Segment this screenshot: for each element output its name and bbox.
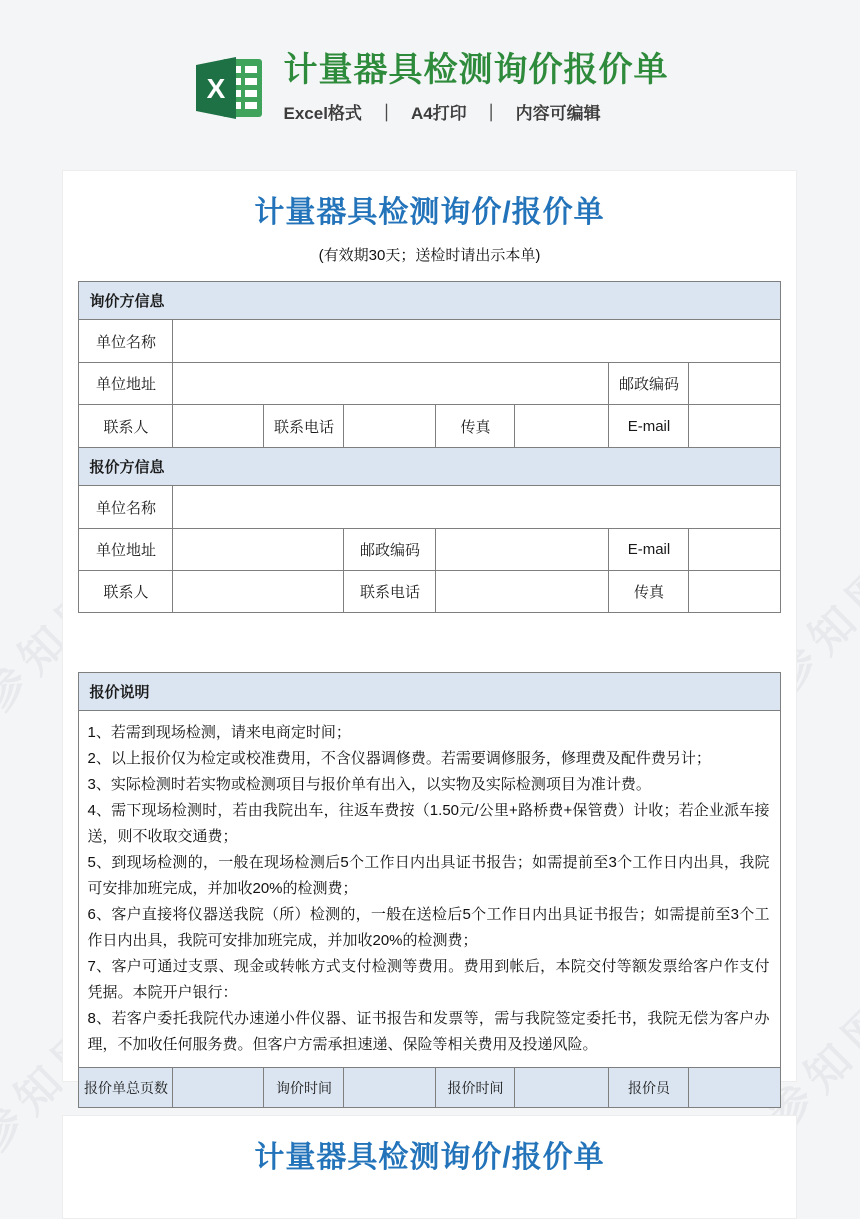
note-item-2: 2、以上报价仅为检定或校准费用，不含仪器调修费。若需要调修服务，修理费及配件费另… (87, 746, 769, 772)
notes-section-header: 报价说明 (79, 673, 780, 711)
inquiry-time-label: 询价时间 (264, 1068, 344, 1108)
subtitle-separator: ｜ (378, 99, 395, 124)
quote-phone-value-cell[interactable] (436, 571, 609, 613)
inquiry-fax-value-cell[interactable] (515, 405, 609, 448)
subtitle-editable: 内容可编辑 (516, 99, 601, 124)
doc2-title: 计量器具检测询价/报价单 (63, 1132, 796, 1176)
inquiry-unit-name-value-cell[interactable] (173, 320, 780, 363)
note-item-4: 4、需下现场检测时，若由我院出车，往返车费按（1.50元/公里+路桥费+保管费）… (87, 798, 769, 850)
inquiry-email-value-cell[interactable] (689, 405, 780, 448)
quoter-value-cell[interactable] (689, 1068, 780, 1108)
quotation-notes-table: 报价说明 1、若需到现场检测，请来电商定时间； 2、以上报价仅为检定或校准费用，… (78, 672, 780, 1108)
quote-unit-address-label: 单位地址 (79, 529, 173, 571)
quote-postal-code-value-cell[interactable] (436, 529, 609, 571)
quote-time-value-cell[interactable] (515, 1068, 609, 1108)
quote-phone-label: 联系电话 (344, 571, 436, 613)
page-header: X 计量器具检测询价报价单 Excel格式 ｜ A4打印 ｜ 内容可编辑 (0, 0, 860, 124)
note-item-7: 7、客户可通过支票、现金或转帐方式支付检测等费用。费用到帐后，本院交付等额发票给… (87, 954, 769, 1006)
quote-contact-label: 联系人 (79, 571, 173, 613)
notes-body-cell: 1、若需到现场检测，请来电商定时间； 2、以上报价仅为检定或校准费用，不含仪器调… (79, 711, 780, 1068)
excel-icon: X (192, 54, 266, 122)
doc-title: 计量器具检测询价/报价单 (63, 187, 796, 231)
note-item-5: 5、到现场检测的，一般在现场检测后5个工作日内出具证书报告；如需提前至3个工作日… (87, 850, 769, 902)
note-item-6: 6、客户直接将仪器送我院（所）检测的，一般在送检后5个工作日内出具证书报告；如需… (87, 902, 769, 954)
inquiry-postal-code-value-cell[interactable] (689, 363, 780, 405)
quote-contact-value-cell[interactable] (173, 571, 344, 613)
quote-unit-name-label: 单位名称 (79, 486, 173, 529)
inquiry-fax-label: 传真 (436, 405, 515, 448)
inquiry-unit-address-label: 单位地址 (79, 363, 173, 405)
inquiry-phone-value-cell[interactable] (344, 405, 436, 448)
quote-email-label: E-mail (609, 529, 689, 571)
note-item-1: 1、若需到现场检测，请来电商定时间； (87, 720, 769, 746)
quote-unit-address-value-cell[interactable] (173, 529, 344, 571)
inquiry-contact-value-cell[interactable] (173, 405, 264, 448)
total-pages-value-cell[interactable] (173, 1068, 264, 1108)
party-info-table: 询价方信息 单位名称 单位地址 邮政编码 联系人 联系电话 传真 E-mail … (78, 281, 780, 613)
inquiry-postal-code-label: 邮政编码 (609, 363, 689, 405)
quoter-label: 报价员 (609, 1068, 689, 1108)
page-subtitle: Excel格式 ｜ A4打印 ｜ 内容可编辑 (284, 99, 669, 124)
doc-validity-note: (有效期30天；送检时请出示本单) (63, 244, 796, 265)
quote-fax-value-cell[interactable] (689, 571, 780, 613)
quote-time-label: 报价时间 (436, 1068, 515, 1108)
document-preview-page-2: 计量器具检测询价/报价单 (62, 1115, 797, 1219)
quote-email-value-cell[interactable] (689, 529, 780, 571)
total-pages-label: 报价单总页数 (79, 1068, 173, 1108)
header-text-block: 计量器具检测询价报价单 Excel格式 ｜ A4打印 ｜ 内容可编辑 (284, 52, 669, 124)
subtitle-print: A4打印 (411, 99, 467, 124)
spacer (63, 613, 796, 656)
quote-section-header: 报价方信息 (79, 448, 780, 486)
inquiry-section-header: 询价方信息 (79, 282, 780, 320)
svg-text:X: X (206, 73, 225, 104)
inquiry-contact-label: 联系人 (79, 405, 173, 448)
quote-postal-code-label: 邮政编码 (344, 529, 436, 571)
subtitle-format: Excel格式 (284, 99, 362, 124)
inquiry-email-label: E-mail (609, 405, 689, 448)
inquiry-unit-address-value-cell[interactable] (173, 363, 609, 405)
inquiry-time-value-cell[interactable] (344, 1068, 436, 1108)
page-title: 计量器具检测询价报价单 (284, 52, 669, 89)
inquiry-phone-label: 联系电话 (264, 405, 344, 448)
note-item-3: 3、实际检测时若实物或检测项目与报价单有出入，以实物及实际检测项目为准计费。 (87, 772, 769, 798)
inquiry-unit-name-label: 单位名称 (79, 320, 173, 363)
quote-fax-label: 传真 (609, 571, 689, 613)
quote-unit-name-value-cell[interactable] (173, 486, 780, 529)
note-item-8: 8、若客户委托我院代办速递小件仪器、证书报告和发票等，需与我院签定委托书，我院无… (87, 1006, 769, 1058)
document-preview-page-1: 计量器具检测询价/报价单 (有效期30天；送检时请出示本单) 询价方信息 单位名… (62, 170, 797, 1082)
subtitle-separator: ｜ (483, 99, 500, 124)
